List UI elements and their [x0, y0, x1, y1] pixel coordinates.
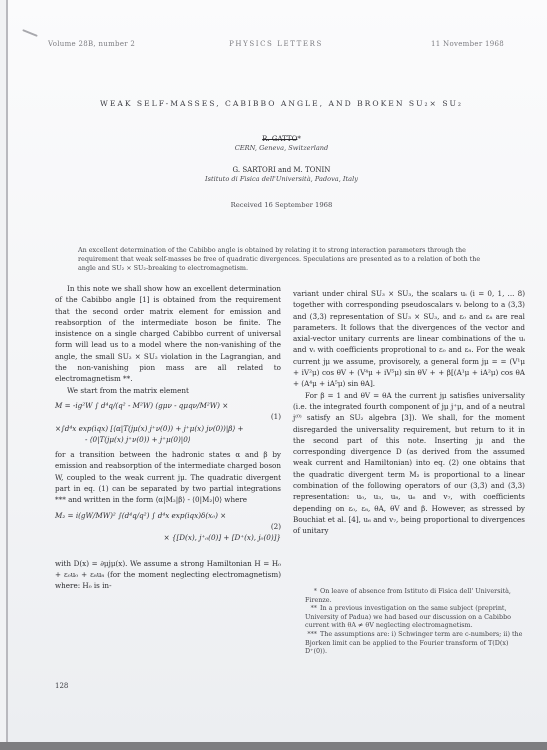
equation-line: M = -ig²W ∫ d⁴q/(q² - M²W) (gμν - qμqν/M… [55, 400, 281, 411]
equation-number: (2) [271, 521, 281, 532]
equation-number: (1) [271, 411, 281, 422]
left-column: In this note we shall show how an excell… [55, 283, 281, 591]
paragraph: with D(x) = ∂μjμ(x). We assume a strong … [55, 558, 281, 592]
page-bottom-edge [0, 742, 547, 750]
received-date: Received 16 September 1968 [8, 201, 547, 209]
page-number: 128 [55, 682, 68, 690]
paragraph: For β = 1 and θV = θA the current jμ sat… [293, 390, 525, 537]
paragraph: for a transition between the hadronic st… [55, 449, 281, 505]
equation-line: ×∫d⁴x exp(iqx) [⟨α|T(jμ(x) j⁺ν(0)) + j⁺μ… [55, 423, 281, 434]
paragraph: In this note we shall show how an excell… [55, 283, 281, 385]
author-1-marker: * [297, 135, 301, 143]
equation-line: M₂ = i(gW/MW)² ∫(d⁴q/q²) ∫ d⁴x exp(iqx)δ… [55, 510, 281, 521]
author-2: G. SARTORI and M. TONIN [8, 166, 547, 174]
paper-title: WEAK SELF-MASSES, CABIBBO ANGLE, AND BRO… [8, 99, 547, 108]
equation-1: M = -ig²W ∫ d⁴q/(q² - M²W) (gμν - qμqν/M… [55, 400, 281, 445]
author-1-name: R. GATTO [262, 135, 297, 143]
footnote: *On leave of absence from Istituto di Fi… [305, 587, 530, 604]
footnote: **In a previous investigation on the sam… [305, 604, 530, 630]
author-1: R. GATTO* [8, 135, 547, 143]
footnotes: *On leave of absence from Istituto di Fi… [305, 587, 530, 656]
equation-line: - ⟨0|T(jμ(x) j⁺ν(0)) + j⁺μ(0)|0⟩ [55, 434, 281, 445]
paper-page: Volume 28B, number 2 PHYSICS LETTERS 11 … [6, 0, 547, 742]
abstract: An excellent determination of the Cabibb… [78, 246, 498, 272]
journal-name: PHYSICS LETTERS [229, 40, 323, 48]
issue-date: 11 November 1968 [431, 40, 504, 48]
volume-info: Volume 28B, number 2 [48, 40, 135, 48]
affiliation-1: CERN, Geneva, Switzerland [8, 144, 547, 152]
running-head: Volume 28B, number 2 PHYSICS LETTERS 11 … [48, 40, 504, 54]
footnote: ***The assumptions are: i) Schwinger ter… [305, 630, 530, 656]
pencil-mark [22, 29, 38, 37]
right-column: variant under chiral SU₃ × SU₃, the scal… [293, 288, 525, 537]
paragraph: We start from the matrix element [55, 385, 281, 396]
equation-line: × {[D(x), j⁺₀(0)] + [D⁺(x), j₀(0)]} [55, 532, 281, 543]
paragraph: variant under chiral SU₃ × SU₃, the scal… [293, 288, 525, 390]
equation-2: M₂ = i(gW/MW)² ∫(d⁴q/q²) ∫ d⁴x exp(iqx)δ… [55, 510, 281, 544]
affiliation-2: Istituto di Fisica dell'Università, Pado… [8, 175, 547, 183]
